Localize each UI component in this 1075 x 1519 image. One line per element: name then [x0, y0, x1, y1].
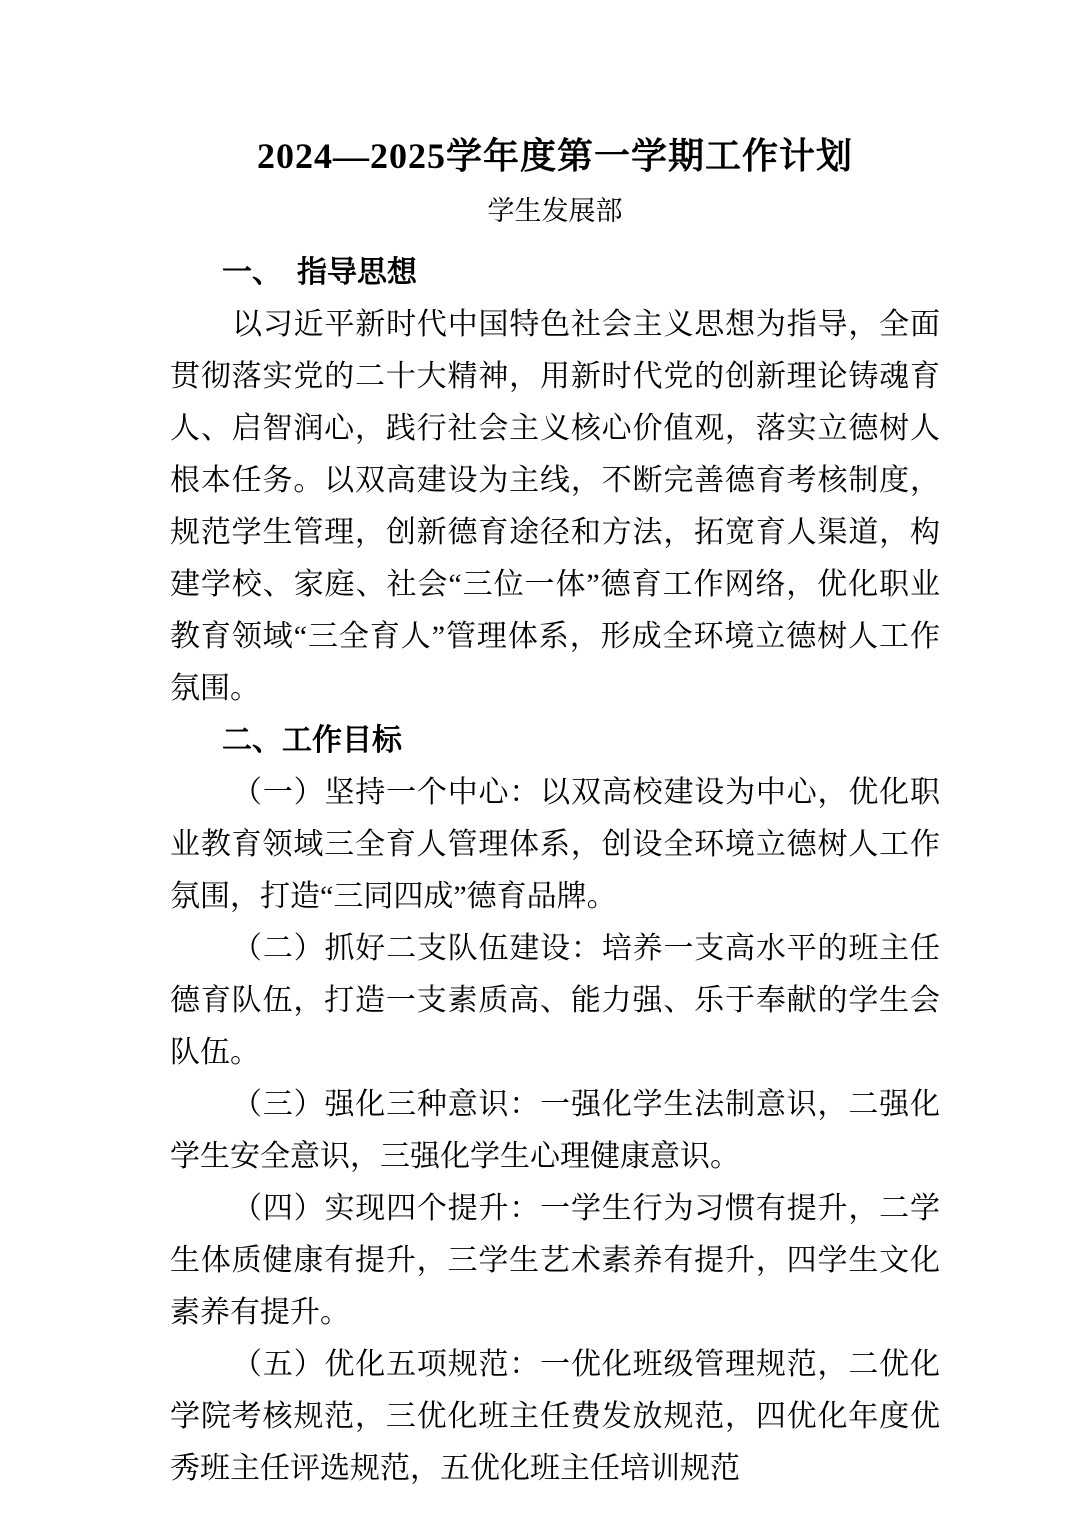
document-title: 2024—2025学年度第一学期工作计划 [170, 133, 940, 179]
work-goal-item-4: （四）实现四个提升：一学生行为习惯有提升，二学生体质健康有提升，三学生艺术素养有… [170, 1183, 940, 1339]
section-2-heading: 二、工作目标 [170, 715, 940, 767]
section-1-heading: 一、 指导思想 [170, 247, 940, 299]
guiding-ideology-paragraph: 以习近平新时代中国特色社会主义思想为指导，全面贯彻落实党的二十大精神，用新时代党… [170, 299, 940, 715]
document-subtitle: 学生发展部 [170, 191, 940, 231]
work-goal-item-2: （二）抓好二支队伍建设：培养一支高水平的班主任德育队伍，打造一支素质高、能力强、… [170, 923, 940, 1079]
work-goal-item-5: （五）优化五项规范：一优化班级管理规范，二优化学院考核规范，三优化班主任费发放规… [170, 1339, 940, 1495]
work-goal-item-3: （三）强化三种意识：一强化学生法制意识，二强化学生安全意识，三强化学生心理健康意… [170, 1079, 940, 1183]
document-page: 2024—2025学年度第一学期工作计划 学生发展部 一、 指导思想 以习近平新… [0, 0, 1075, 1519]
work-goal-item-1: （一）坚持一个中心：以双高校建设为中心，优化职业教育领域三全育人管理体系，创设全… [170, 767, 940, 923]
